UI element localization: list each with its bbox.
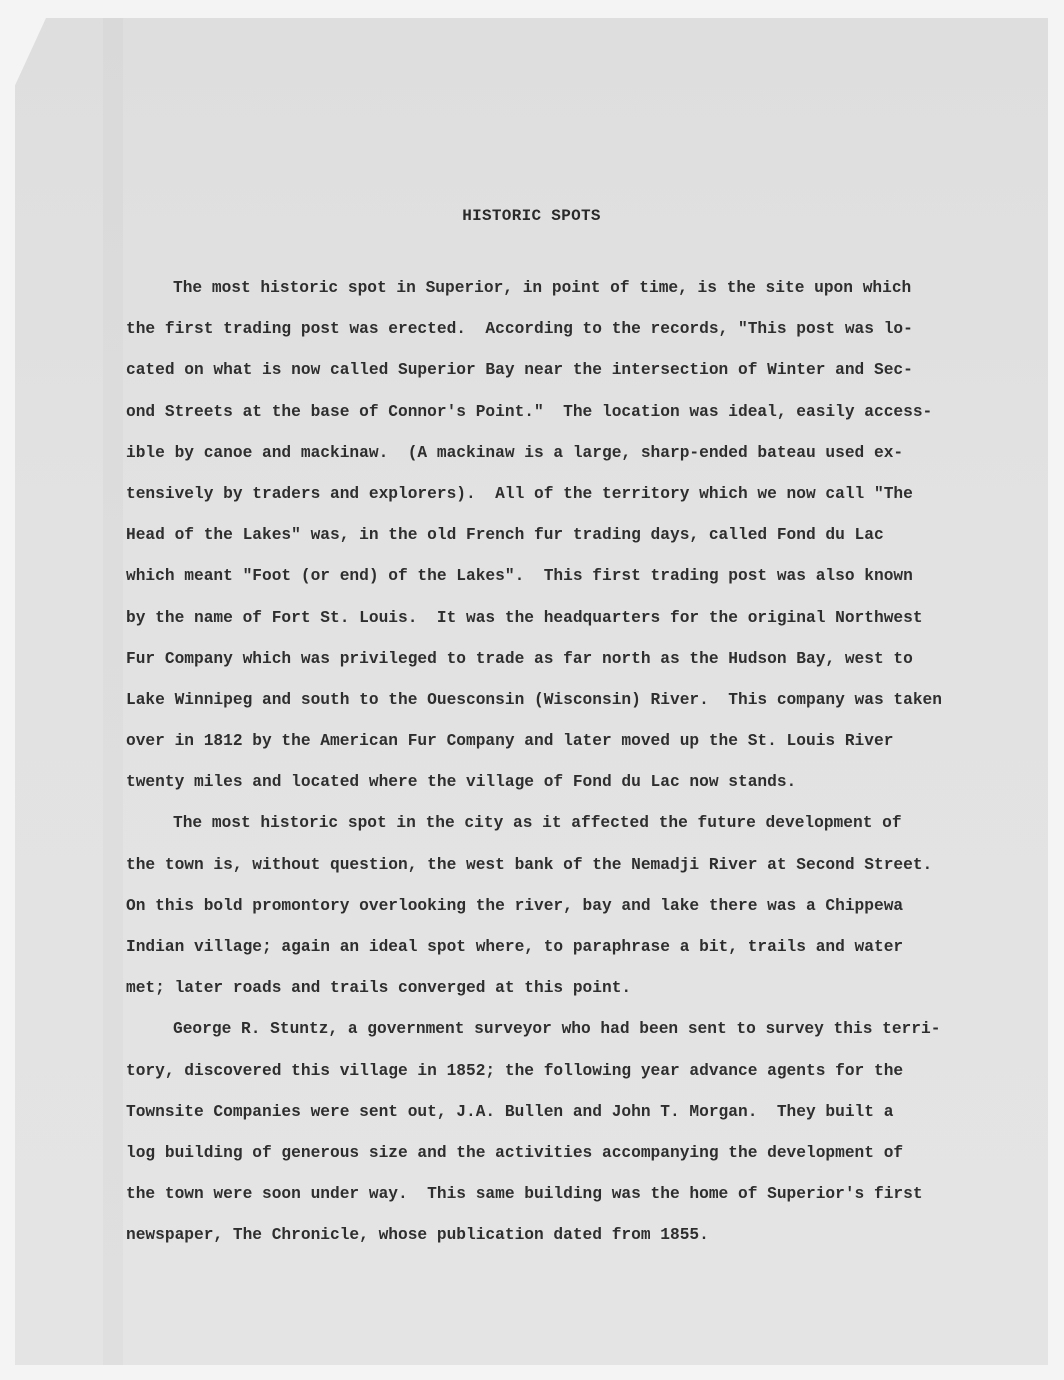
text-line: The most historic spot in the city as it… — [126, 803, 986, 844]
text-line: the town were soon under way. This same … — [126, 1174, 986, 1215]
text-line: the town is, without question, the west … — [126, 845, 986, 886]
text-line: Head of the Lakes" was, in the old Frenc… — [126, 515, 986, 556]
text-line: log building of generous size and the ac… — [126, 1133, 986, 1174]
text-line: the first trading post was erected. Acco… — [126, 309, 986, 350]
text-line: George R. Stuntz, a government surveyor … — [126, 1009, 986, 1050]
text-line: by the name of Fort St. Louis. It was th… — [126, 598, 986, 639]
text-line: which meant "Foot (or end) of the Lakes"… — [126, 556, 986, 597]
text-line: tory, discovered this village in 1852; t… — [126, 1051, 986, 1092]
text-line: Lake Winnipeg and south to the Ouesconsi… — [126, 680, 986, 721]
text-line: Indian village; again an ideal spot wher… — [126, 927, 986, 968]
text-line: ond Streets at the base of Connor's Poin… — [126, 392, 986, 433]
text-line: ible by canoe and mackinaw. (A mackinaw … — [126, 433, 986, 474]
text-line: met; later roads and trails converged at… — [126, 968, 986, 1009]
text-line: tensively by traders and explorers). All… — [126, 474, 986, 515]
text-line: cated on what is now called Superior Bay… — [126, 350, 986, 391]
text-line: twenty miles and located where the villa… — [126, 762, 986, 803]
text-line: On this bold promontory overlooking the … — [126, 886, 986, 927]
text-line: Townsite Companies were sent out, J.A. B… — [126, 1092, 986, 1133]
document-title: HISTORIC SPOTS — [15, 207, 1048, 225]
text-line: newspaper, The Chronicle, whose publicat… — [126, 1215, 986, 1256]
typed-page: HISTORIC SPOTS The most historic spot in… — [15, 18, 1048, 1365]
text-line: The most historic spot in Superior, in p… — [126, 268, 986, 309]
text-line: Fur Company which was privileged to trad… — [126, 639, 986, 680]
document-body: The most historic spot in Superior, in p… — [126, 268, 986, 1257]
text-line: over in 1812 by the American Fur Company… — [126, 721, 986, 762]
